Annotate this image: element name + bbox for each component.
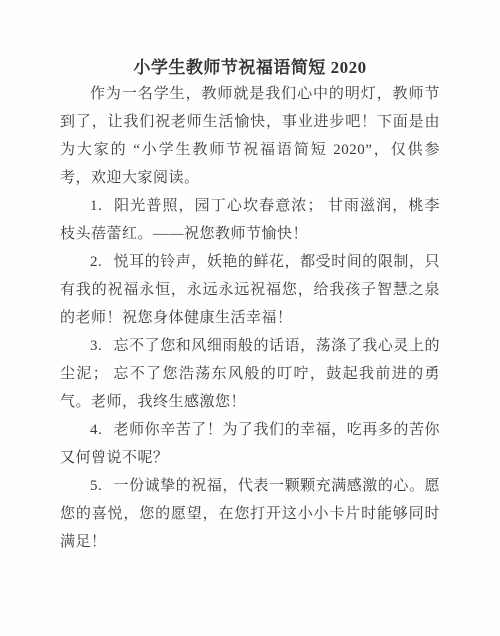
item-text: 老师你辛苦了！为了我们的幸福，吃再多的苦你又何曾说不呢？ <box>60 422 440 466</box>
document-title: 小学生教师节祝福语简短 2020 <box>60 56 440 80</box>
item-text: 忘不了您和风细雨般的话语，荡涤了我心灵上的尘泥； 忘不了您浩荡东风般的叮咛，鼓起… <box>60 338 440 410</box>
blessing-item-2: 2.悦耳的铃声，妖艳的鲜花，都受时间的限制，只有我的祝福永恒，永远永远祝福您，给… <box>60 248 440 332</box>
item-text: 悦耳的铃声，妖艳的鲜花，都受时间的限制，只有我的祝福永恒，永远永远祝福您，给我孩… <box>60 254 440 326</box>
blessing-item-3: 3.忘不了您和风细雨般的话语，荡涤了我心灵上的尘泥； 忘不了您浩荡东风般的叮咛，… <box>60 332 440 416</box>
item-number: 5. <box>90 478 102 494</box>
blessing-item-5: 5.一份诚挚的祝福，代表一颗颗充满感激的心。愿您的喜悦，您的愿望，在您打开这小小… <box>60 472 440 556</box>
item-number: 3. <box>90 338 102 354</box>
document-page: 小学生教师节祝福语简短 2020 作为一名学生，教师就是我们心中的明灯，教师节到… <box>0 0 500 636</box>
blessing-item-1: 1.阳光普照，园丁心坎春意浓； 甘雨滋润，桃李枝头蓓蕾红。——祝您教师节愉快！ <box>60 192 440 248</box>
item-number: 2. <box>90 254 102 270</box>
blessing-item-4: 4.老师你辛苦了！为了我们的幸福，吃再多的苦你又何曾说不呢？ <box>60 416 440 472</box>
item-number: 1. <box>90 198 102 214</box>
item-text: 一份诚挚的祝福，代表一颗颗充满感激的心。愿您的喜悦，您的愿望，在您打开这小小卡片… <box>60 478 440 550</box>
item-number: 4. <box>90 422 102 438</box>
intro-paragraph: 作为一名学生，教师就是我们心中的明灯，教师节到了，让我们祝老师生活愉快，事业进步… <box>60 80 440 192</box>
item-text: 阳光普照，园丁心坎春意浓； 甘雨滋润，桃李枝头蓓蕾红。——祝您教师节愉快！ <box>60 198 440 242</box>
